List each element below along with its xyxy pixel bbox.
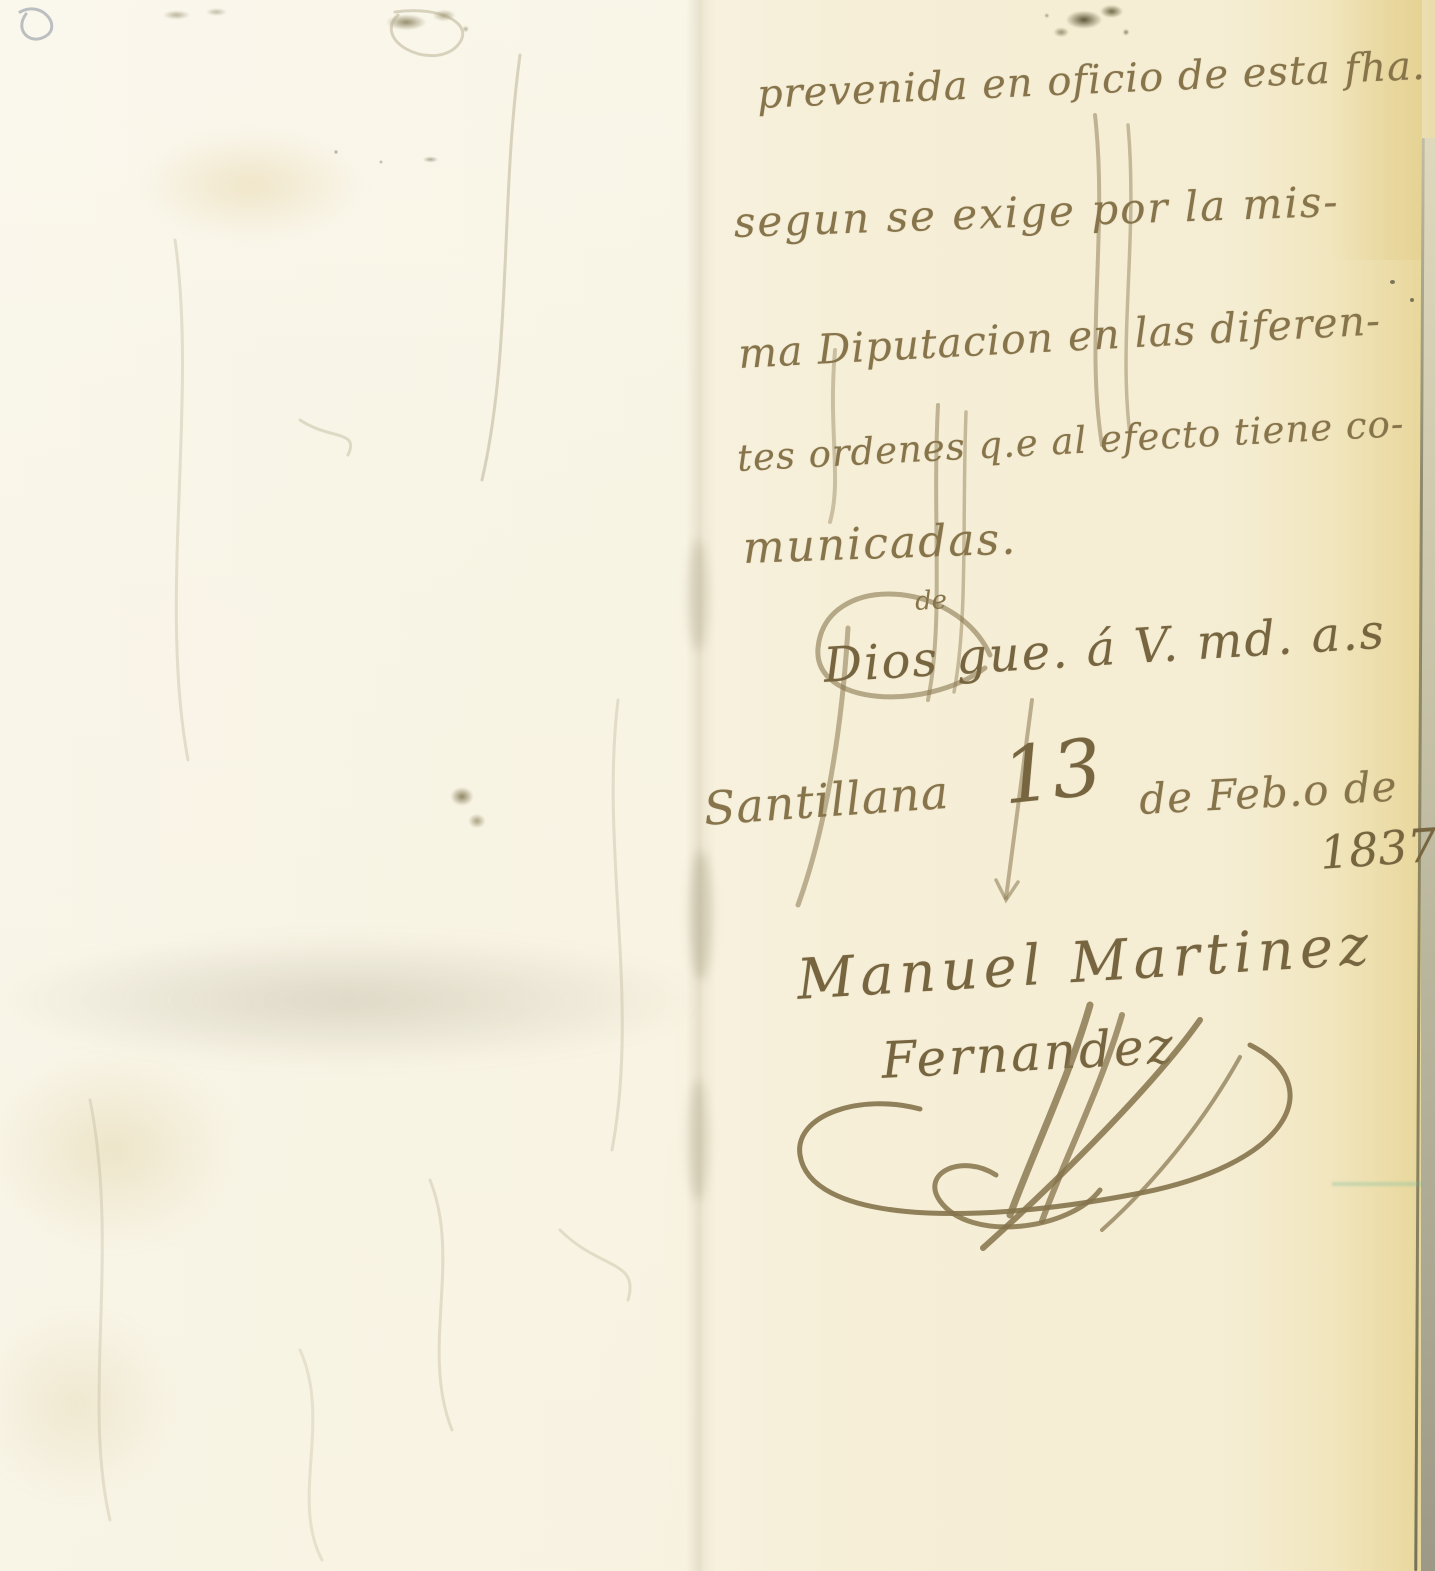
crease-smudge (690, 850, 712, 980)
dateline-year: 1837. (1318, 817, 1435, 880)
scan-artifact-line (1332, 1182, 1422, 1186)
crease-smudge (688, 1080, 708, 1200)
dateline-day: 13 (998, 723, 1106, 823)
verso-blank-page (0, 0, 700, 1571)
body-line-5: municadas. (742, 513, 1018, 574)
pinhole-dot (1390, 280, 1395, 284)
manuscript-scan: prevenida en oficio de esta fha. segun s… (0, 0, 1435, 1571)
pinhole-dot (1410, 298, 1414, 302)
page-top-right-corner-tint (1330, 0, 1435, 260)
crease-smudge (688, 540, 708, 650)
closing-superscript: de (914, 585, 948, 617)
